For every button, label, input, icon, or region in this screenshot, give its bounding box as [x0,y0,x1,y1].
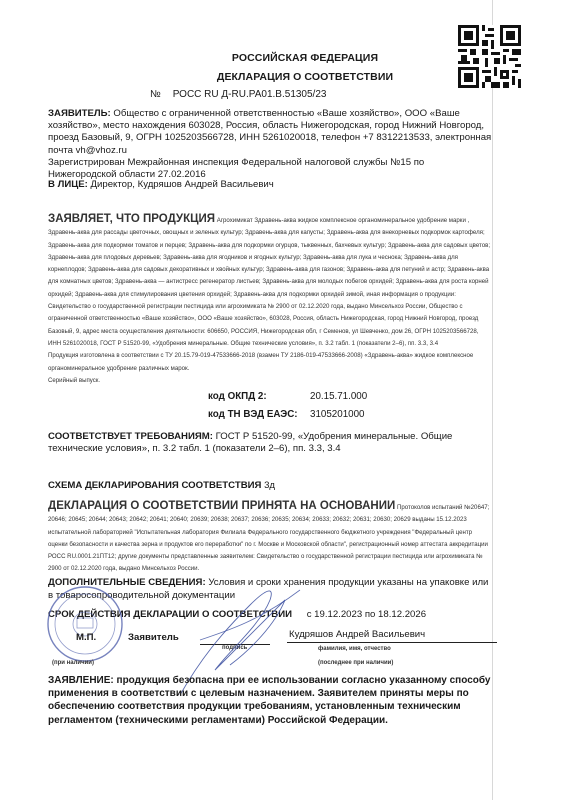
product-text: Агрохимикат Здравень-аква жидкое комплек… [48,217,490,347]
name-line [287,642,497,643]
basis-label: ДЕКЛАРАЦИЯ О СООТВЕТСТВИИ ПРИНЯТА НА ОСН… [48,500,395,512]
tnved-value: 3105201000 [310,409,365,420]
statement-text: продукция безопасна при ее использовании… [48,675,490,726]
represented-by-section: В ЛИЦЕ: Директор, Кудряшов Андрей Василь… [48,179,492,191]
qr-code-icon[interactable] [458,25,521,88]
document-number: №РОСС RU Д-RU.РА01.В.51305/23 [150,89,326,100]
represented-by-text: Директор, Кудряшов Андрей Васильевич [91,179,274,190]
name-note: (последнее при наличии) [318,660,393,666]
okpd-value: 20.15.71.000 [310,391,367,402]
applicant-label: ЗАЯВИТЕЛЬ: [48,108,111,119]
number-sign: № [150,89,161,100]
document-number-value: РОСС RU Д-RU.РА01.В.51305/23 [173,89,327,100]
product-manufactured: Продукция изготовлена в соответствии с Т… [48,350,492,375]
validity-dates: с 19.12.2023 по 18.12.2026 [307,609,426,620]
product-label: ЗАЯВЛЯЕТ, ЧТО ПРОДУКЦИЯ [48,213,215,225]
page-edge-divider [492,0,493,800]
scheme-section: СХЕМА ДЕКЛАРИРОВАНИЯ СООТВЕТСТВИЯ 3д [48,480,492,492]
stamp-label: М.П. [76,632,96,644]
statement-label: ЗАЯВЛЕНИЕ: [48,675,114,686]
scheme-value: 3д [264,480,275,491]
applicant-section: ЗАЯВИТЕЛЬ: Общество с ограниченной ответ… [48,108,492,181]
requirements-label: СООТВЕТСТВУЕТ ТРЕБОВАНИЯМ: [48,431,213,442]
stamp-note: (при наличии) [52,660,94,666]
product-serial: Серийный выпуск. [48,375,492,387]
name-caption: фамилия, имя, отчество [318,646,391,652]
applicant-text: Общество с ограниченной ответственностью… [48,108,491,156]
requirements-section: СООТВЕТСТВУЕТ ТРЕБОВАНИЯМ: ГОСТ Р 51520-… [48,431,492,455]
declaration-page: РОССИЙСКАЯ ФЕДЕРАЦИЯ ДЕКЛАРАЦИЯ О СООТВЕ… [0,0,566,800]
scheme-label: СХЕМА ДЕКЛАРИРОВАНИЯ СООТВЕТСТВИЯ [48,480,261,491]
applicant-registration: Зарегистрирован Межрайонная инспекция Фе… [48,157,492,181]
statement-section: ЗАЯВЛЕНИЕ: продукция безопасна при ее ис… [48,674,492,727]
represented-by-label: В ЛИЦЕ: [48,179,88,190]
stamp-icon [46,585,124,663]
basis-section: ДЕКЛАРАЦИЯ О СООТВЕТСТВИИ ПРИНЯТА НА ОСН… [48,500,492,576]
tnved-label: код ТН ВЭД ЕАЭС: [208,409,298,420]
basis-text: Протоколов испытаний №20647; 20646; 2064… [48,504,489,572]
product-section: ЗАЯВЛЯЕТ, ЧТО ПРОДУКЦИЯ Агрохимикат Здра… [48,213,492,387]
okpd-label: код ОКПД 2: [208,391,267,402]
